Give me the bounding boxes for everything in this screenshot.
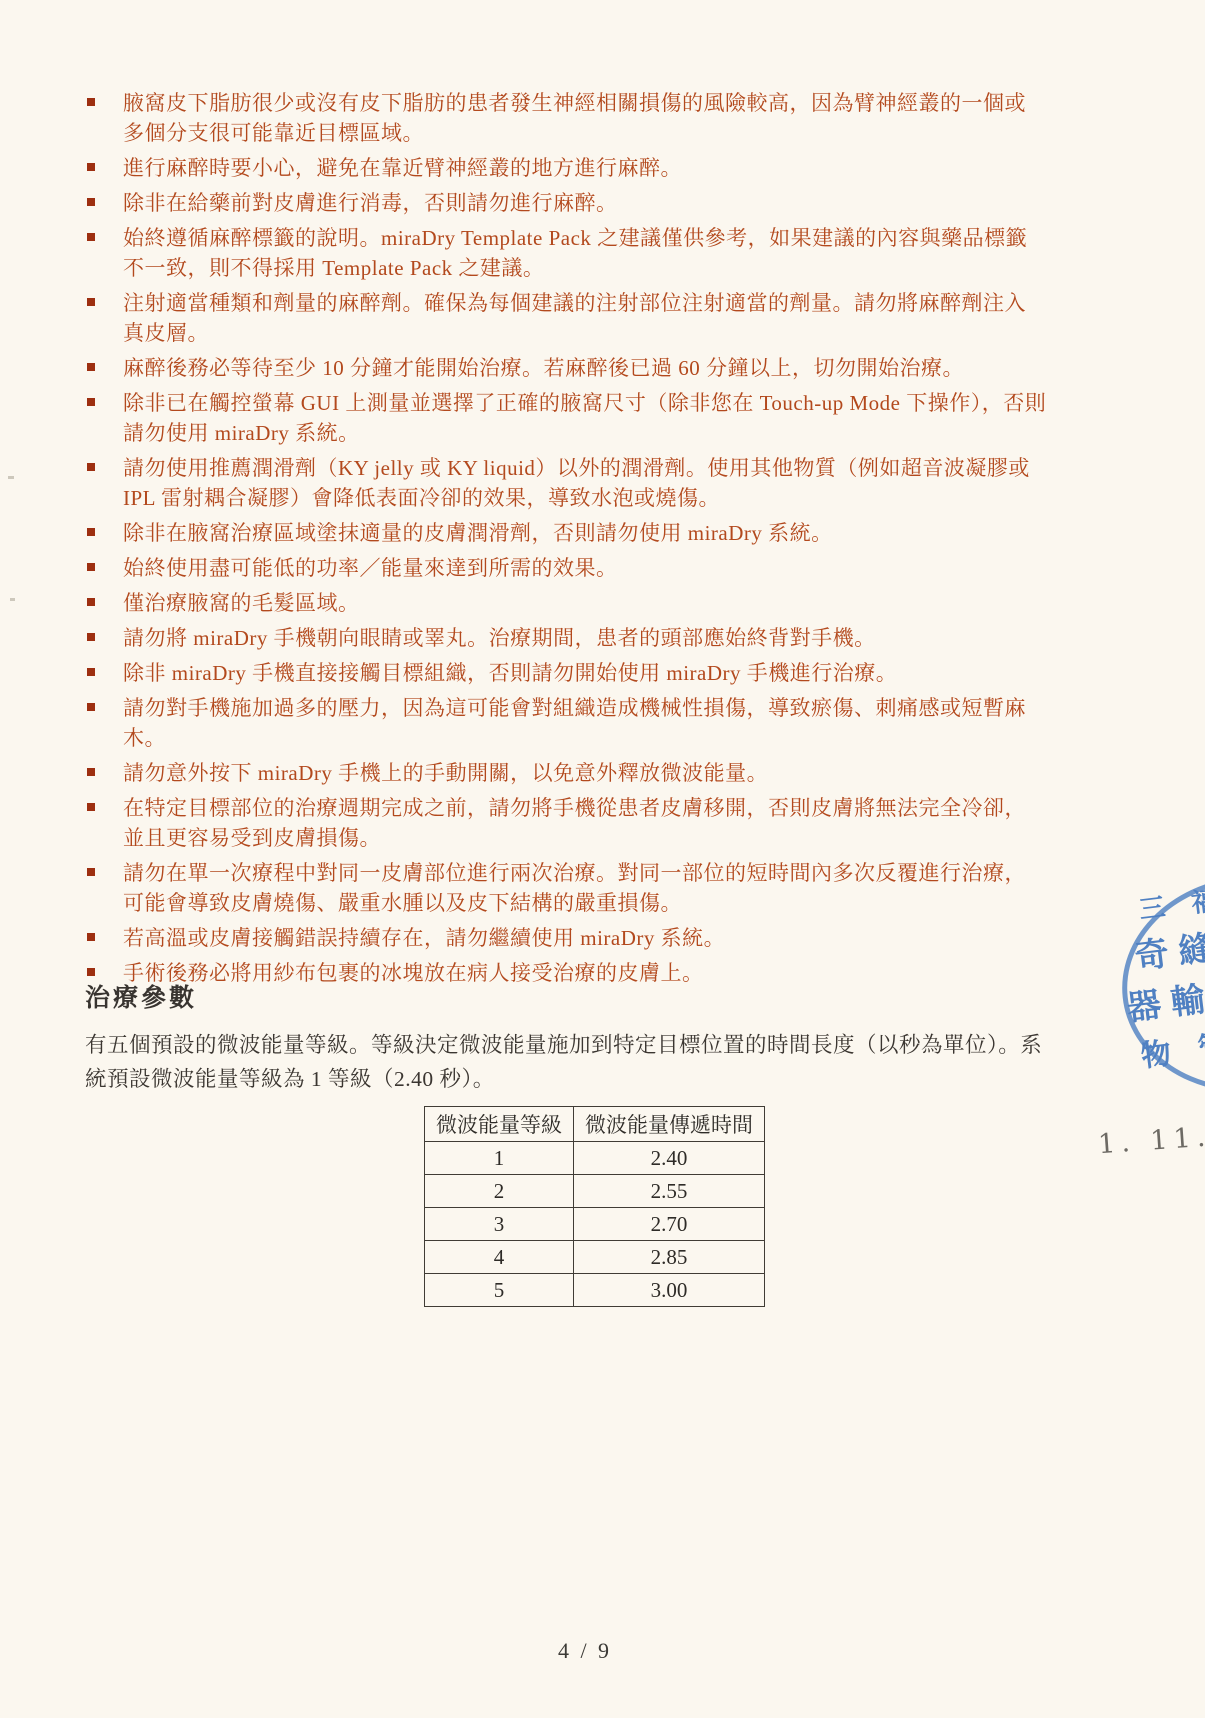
warning-list: 腋窩皮下脂肪很少或沒有皮下脂肪的患者發生神經相關損傷的風險較高，因為臂神經叢的一… <box>85 88 1047 993</box>
bullet-square-icon <box>87 803 95 811</box>
table-row: 3 2.70 <box>425 1208 765 1241</box>
warning-text: 除非已在觸控螢幕 GUI 上測量並選擇了正確的腋窩尺寸（除非您在 Touch-u… <box>123 391 1046 445</box>
bullet-square-icon <box>87 363 95 371</box>
col-header-delivery-time: 微波能量傳遞時間 <box>574 1107 765 1142</box>
bullet-square-icon <box>87 563 95 571</box>
bullet-square-icon <box>87 868 95 876</box>
warning-text: 除非 miraDry 手機直接接觸目標組織，否則請勿開始使用 miraDry 手… <box>123 661 897 685</box>
warning-text: 始終遵循麻醉標籤的說明。miraDry Template Pack 之建議僅供參… <box>123 226 1027 280</box>
warning-text: 進行麻醉時要小心，避免在靠近臂神經叢的地方進行麻醉。 <box>123 156 682 180</box>
warning-text: 始終使用盡可能低的功率／能量來達到所需的效果。 <box>123 556 618 580</box>
warning-item: 麻醉後務必等待至少 10 分鐘才能開始治療。若麻醉後已過 60 分鐘以上，切勿開… <box>85 353 1047 383</box>
cell-time: 2.70 <box>574 1208 765 1241</box>
warning-item: 除非已在觸控螢幕 GUI 上測量並選擇了正確的腋窩尺寸（除非您在 Touch-u… <box>85 388 1047 448</box>
cell-level: 3 <box>425 1208 574 1241</box>
cell-level: 5 <box>425 1274 574 1307</box>
warning-text: 請勿在單一次療程中對同一皮膚部位進行兩次治療。對同一部位的短時間內多次反覆進行治… <box>123 861 1026 915</box>
warning-text: 除非在腋窩治療區域塗抹適量的皮膚潤滑劑，否則請勿使用 miraDry 系統。 <box>123 521 833 545</box>
warning-item: 請勿將 miraDry 手機朝向眼睛或睪丸。治療期間，患者的頭部應始終背對手機。 <box>85 623 1047 653</box>
warning-text: 手術後務必將用紗布包裹的冰塊放在病人接受治療的皮膚上。 <box>123 961 704 985</box>
table-row: 2 2.55 <box>425 1175 765 1208</box>
warning-text: 若高溫或皮膚接觸錯誤持續存在，請勿繼續使用 miraDry 系統。 <box>123 926 725 950</box>
warning-item: 僅治療腋窩的毛髮區域。 <box>85 588 1047 618</box>
table-row: 4 2.85 <box>425 1241 765 1274</box>
bullet-square-icon <box>87 668 95 676</box>
bullet-square-icon <box>87 703 95 711</box>
bullet-square-icon <box>87 598 95 606</box>
warning-text: 在特定目標部位的治療週期完成之前，請勿將手機從患者皮膚移開，否則皮膚將無法完全冷… <box>123 796 1026 850</box>
energy-level-table: 微波能量等級 微波能量傳遞時間 1 2.40 2 2.55 3 2.70 4 2… <box>424 1106 765 1307</box>
warning-item: 進行麻醉時要小心，避免在靠近臂神經叢的地方進行麻醉。 <box>85 153 1047 183</box>
warning-item: 在特定目標部位的治療週期完成之前，請勿將手機從患者皮膚移開，否則皮膚將無法完全冷… <box>85 793 1047 853</box>
warning-item: 請勿使用推薦潤滑劑（KY jelly 或 KY liquid）以外的潤滑劑。使用… <box>85 453 1047 513</box>
warning-text: 除非在給藥前對皮膚進行消毒，否則請勿進行麻醉。 <box>123 191 618 215</box>
warning-text: 請勿將 miraDry 手機朝向眼睛或睪丸。治療期間，患者的頭部應始終背對手機。 <box>123 626 876 650</box>
bullet-square-icon <box>87 463 95 471</box>
scan-artifact <box>8 476 14 479</box>
warning-item: 注射適當種類和劑量的麻醉劑。確保為每個建議的注射部位注射適當的劑量。請勿將麻醉劑… <box>85 288 1047 348</box>
bullet-square-icon <box>87 198 95 206</box>
warning-text: 請勿使用推薦潤滑劑（KY jelly 或 KY liquid）以外的潤滑劑。使用… <box>123 456 1030 510</box>
warning-item: 請勿對手機施加過多的壓力，因為這可能會對組織造成機械性損傷，導致瘀傷、刺痛感或短… <box>85 693 1047 753</box>
warning-item: 始終使用盡可能低的功率／能量來達到所需的效果。 <box>85 553 1047 583</box>
warning-item: 手術後務必將用紗布包裹的冰塊放在病人接受治療的皮膚上。 <box>85 958 1047 988</box>
bullet-square-icon <box>87 233 95 241</box>
bullet-square-icon <box>87 633 95 641</box>
date-stamp: 1. 11. 2 <box>1097 1119 1205 1160</box>
bullet-square-icon <box>87 163 95 171</box>
page-number: 4 / 9 <box>0 1638 1170 1664</box>
section-intro: 有五個預設的微波能量等級。等級決定微波能量施加到特定目標位置的時間長度（以秒為單… <box>85 1028 1055 1096</box>
warning-item: 除非在腋窩治療區域塗抹適量的皮膚潤滑劑，否則請勿使用 miraDry 系統。 <box>85 518 1047 548</box>
scan-artifact <box>10 598 15 601</box>
warning-text: 請勿對手機施加過多的壓力，因為這可能會對組織造成機械性損傷，導致瘀傷、刺痛感或短… <box>123 696 1026 750</box>
scanned-document-page: 腋窩皮下脂肪很少或沒有皮下脂肪的患者發生神經相關損傷的風險較高，因為臂神經叢的一… <box>0 0 1205 1718</box>
bullet-square-icon <box>87 768 95 776</box>
table-header-row: 微波能量等級 微波能量傳遞時間 <box>425 1107 765 1142</box>
cell-time: 2.40 <box>574 1142 765 1175</box>
table-row: 5 3.00 <box>425 1274 765 1307</box>
col-header-energy-level: 微波能量等級 <box>425 1107 574 1142</box>
warning-item: 除非 miraDry 手機直接接觸目標組織，否則請勿開始使用 miraDry 手… <box>85 658 1047 688</box>
warning-item: 腋窩皮下脂肪很少或沒有皮下脂肪的患者發生神經相關損傷的風險較高，因為臂神經叢的一… <box>85 88 1047 148</box>
warning-text: 腋窩皮下脂肪很少或沒有皮下脂肪的患者發生神經相關損傷的風險較高，因為臂神經叢的一… <box>123 91 1026 145</box>
bullet-square-icon <box>87 933 95 941</box>
bullet-square-icon <box>87 298 95 306</box>
bullet-square-icon <box>87 98 95 106</box>
bullet-square-icon <box>87 398 95 406</box>
warning-item: 若高溫或皮膚接觸錯誤持續存在，請勿繼續使用 miraDry 系統。 <box>85 923 1047 953</box>
blue-ink-stamp-text: 三 福 奇縫 器輸 物 管 <box>1107 873 1205 1083</box>
warning-item: 請勿意外按下 miraDry 手機上的手動開關，以免意外釋放微波能量。 <box>85 758 1047 788</box>
warning-text: 請勿意外按下 miraDry 手機上的手動開關，以免意外釋放微波能量。 <box>123 761 768 785</box>
section-title: 治療參數 <box>85 978 197 1014</box>
warning-item: 除非在給藥前對皮膚進行消毒，否則請勿進行麻醉。 <box>85 188 1047 218</box>
warning-item: 始終遵循麻醉標籤的說明。miraDry Template Pack 之建議僅供參… <box>85 223 1047 283</box>
warning-text: 僅治療腋窩的毛髮區域。 <box>123 591 360 615</box>
warning-item: 請勿在單一次療程中對同一皮膚部位進行兩次治療。對同一部位的短時間內多次反覆進行治… <box>85 858 1047 918</box>
cell-level: 2 <box>425 1175 574 1208</box>
cell-time: 3.00 <box>574 1274 765 1307</box>
cell-level: 4 <box>425 1241 574 1274</box>
warning-text: 注射適當種類和劑量的麻醉劑。確保為每個建議的注射部位注射適當的劑量。請勿將麻醉劑… <box>123 291 1026 345</box>
cell-level: 1 <box>425 1142 574 1175</box>
cell-time: 2.55 <box>574 1175 765 1208</box>
bullet-square-icon <box>87 528 95 536</box>
warning-text: 麻醉後務必等待至少 10 分鐘才能開始治療。若麻醉後已過 60 分鐘以上，切勿開… <box>123 356 964 380</box>
table-row: 1 2.40 <box>425 1142 765 1175</box>
bullet-square-icon <box>87 968 95 976</box>
cell-time: 2.85 <box>574 1241 765 1274</box>
